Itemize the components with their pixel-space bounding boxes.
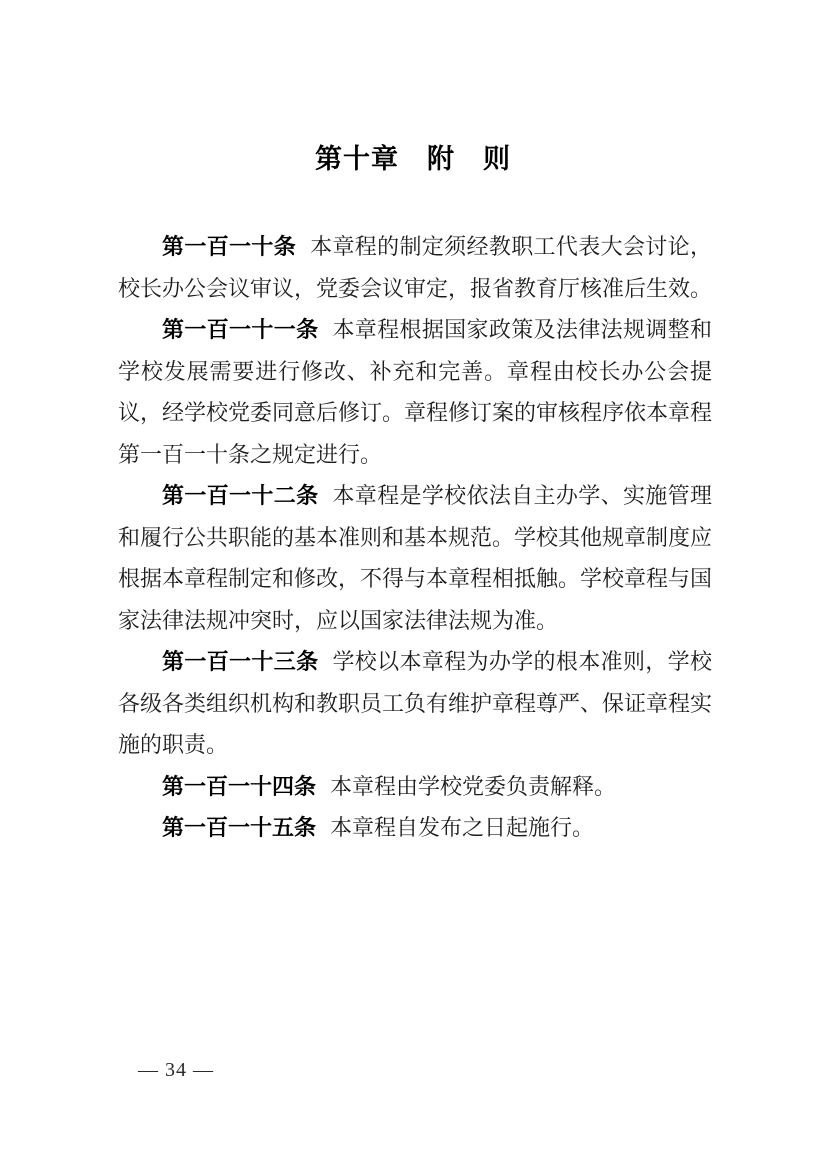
article-paragraph-113: 第一百一十三条学校以本章程为办学的根本准则，学校各级各类组织机构和教职员工负有维… bbox=[118, 641, 712, 766]
article-list: 第一百一十条本章程的制定须经教职工代表大会讨论，校长办公会议审议，党委会议审定，… bbox=[118, 226, 712, 849]
article-paragraph-111: 第一百一十一条本章程根据国家政策及法律法规调整和学校发展需要进行修改、补充和完善… bbox=[118, 309, 712, 475]
article-text: 本章程由学校党委负责解释。 bbox=[330, 774, 616, 799]
article-number: 第一百一十一条 bbox=[162, 317, 318, 342]
article-number: 第一百一十二条 bbox=[162, 483, 318, 508]
article-text: 本章程自发布之日起施行。 bbox=[330, 815, 594, 840]
article-number: 第一百一十三条 bbox=[162, 649, 318, 674]
article-number: 第一百一十条 bbox=[162, 234, 296, 259]
article-paragraph-110: 第一百一十条本章程的制定须经教职工代表大会讨论，校长办公会议审议，党委会议审定，… bbox=[118, 226, 712, 309]
article-number: 第一百一十五条 bbox=[162, 815, 316, 840]
page-number: — 34 — bbox=[138, 1058, 214, 1082]
article-paragraph-115: 第一百一十五条本章程自发布之日起施行。 bbox=[118, 807, 712, 849]
article-number: 第一百一十四条 bbox=[162, 774, 316, 799]
article-paragraph-112: 第一百一十二条本章程是学校依法自主办学、实施管理和履行公共职能的基本准则和基本规… bbox=[118, 475, 712, 641]
chapter-title: 第十章 附 则 bbox=[0, 143, 826, 175]
document-page: 第十章 附 则 第一百一十条本章程的制定须经教职工代表大会讨论，校长办公会议审议… bbox=[0, 0, 826, 1169]
article-paragraph-114: 第一百一十四条本章程由学校党委负责解释。 bbox=[118, 766, 712, 808]
